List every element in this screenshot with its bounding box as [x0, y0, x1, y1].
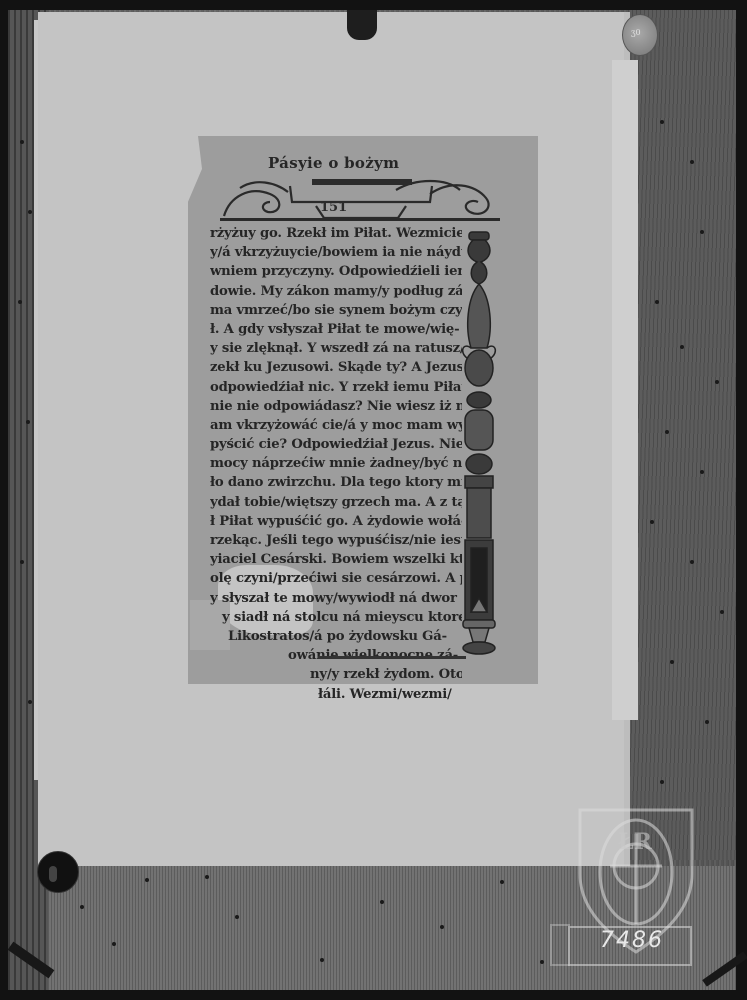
- inventory-box-side: [550, 924, 570, 966]
- text-line: ł Piłat wypuśćić go. A żydowie wołá-: [210, 512, 462, 531]
- text-line: pyścić cie? Odpowiedźiał Jezus. Nie miał: [210, 435, 462, 454]
- text-line: ł. A gdy vsłyszał Piłat te mowe/wię-: [210, 320, 462, 339]
- text-line: y słyszał te mowy/wywiodł ná dwor: [210, 589, 462, 608]
- board-right-section: [628, 10, 736, 860]
- top-clip: [347, 10, 377, 40]
- mounting-hole: [37, 851, 79, 893]
- text-line: łáli. Wezmi/wezmi/: [210, 685, 462, 704]
- mount-right-edge: [612, 60, 638, 720]
- text-line: y/á vkrzyżuycie/bowiem ia nie náydu-: [210, 243, 462, 262]
- text-line: dowie. My zákon mamy/y podług zákó: [210, 282, 462, 301]
- coin-marker: ʒ0: [622, 14, 658, 56]
- ornament-headpiece-icon: [220, 176, 500, 222]
- text-line: wniem przyczyny. Odpowiedźieli iemu: [210, 262, 462, 281]
- text-line: odpowiedźiał nic. Y rzekł iemu Piłat.: [210, 378, 462, 397]
- text-line: mocy náprzećiw mnie żadney/być nie-: [210, 454, 462, 473]
- bottom-rule: [318, 656, 466, 659]
- text-line: nie nie odpowiádasz? Nie wiesz iż moc: [210, 397, 462, 416]
- text-line: ydał tobie/więtszy grzech ma. A z tąd żą: [210, 493, 462, 512]
- text-line: y siadł ná stolcu ná mieyscu ktore: [210, 608, 462, 627]
- text-line: ma vmrzeć/bo sie synem bożym czy-: [210, 301, 462, 320]
- text-line: y sie zlęknął. Y wszedł zá na ratusz/y: [210, 339, 462, 358]
- text-line: ło dano zwirzchu. Dla tego ktory mie: [210, 473, 462, 492]
- running-head: Pásyie o bożym: [268, 154, 399, 172]
- ornamental-column-icon: [455, 228, 503, 658]
- text-line: ny/y rzekł żydom. Oto: [210, 665, 462, 684]
- photograph-frame: ʒ0 Pásyie o bożym 151 rżyżuy go. Rzekł i…: [0, 0, 747, 1000]
- text-line: yiaciel Cesárski. Bowiem wszelki ktory s…: [210, 550, 462, 569]
- inventory-number: 7486: [600, 928, 664, 953]
- body-text: rżyżuy go. Rzekł im Piłat. Wezmicie go y…: [210, 224, 462, 704]
- text-line: Likostratos/á po żydowsku Gá-: [210, 627, 462, 646]
- text-line: rżyżuy go. Rzekł im Piłat. Wezmicie go: [210, 224, 462, 243]
- text-line: am vkrzyżowáć cie/á y moc mam wy-: [210, 416, 462, 435]
- svg-text:ŁR: ŁR: [618, 829, 653, 855]
- text-line: rzekąc. Jeśli tego wypuśćisz/nie iesteś: [210, 531, 462, 550]
- text-line: zekł ku Jezusowi. Skąde ty? A Jezus: [210, 358, 462, 377]
- folio-number: 151: [320, 200, 347, 215]
- text-line: olę czyni/przećiwi sie cesárzowi. A piła…: [210, 569, 462, 588]
